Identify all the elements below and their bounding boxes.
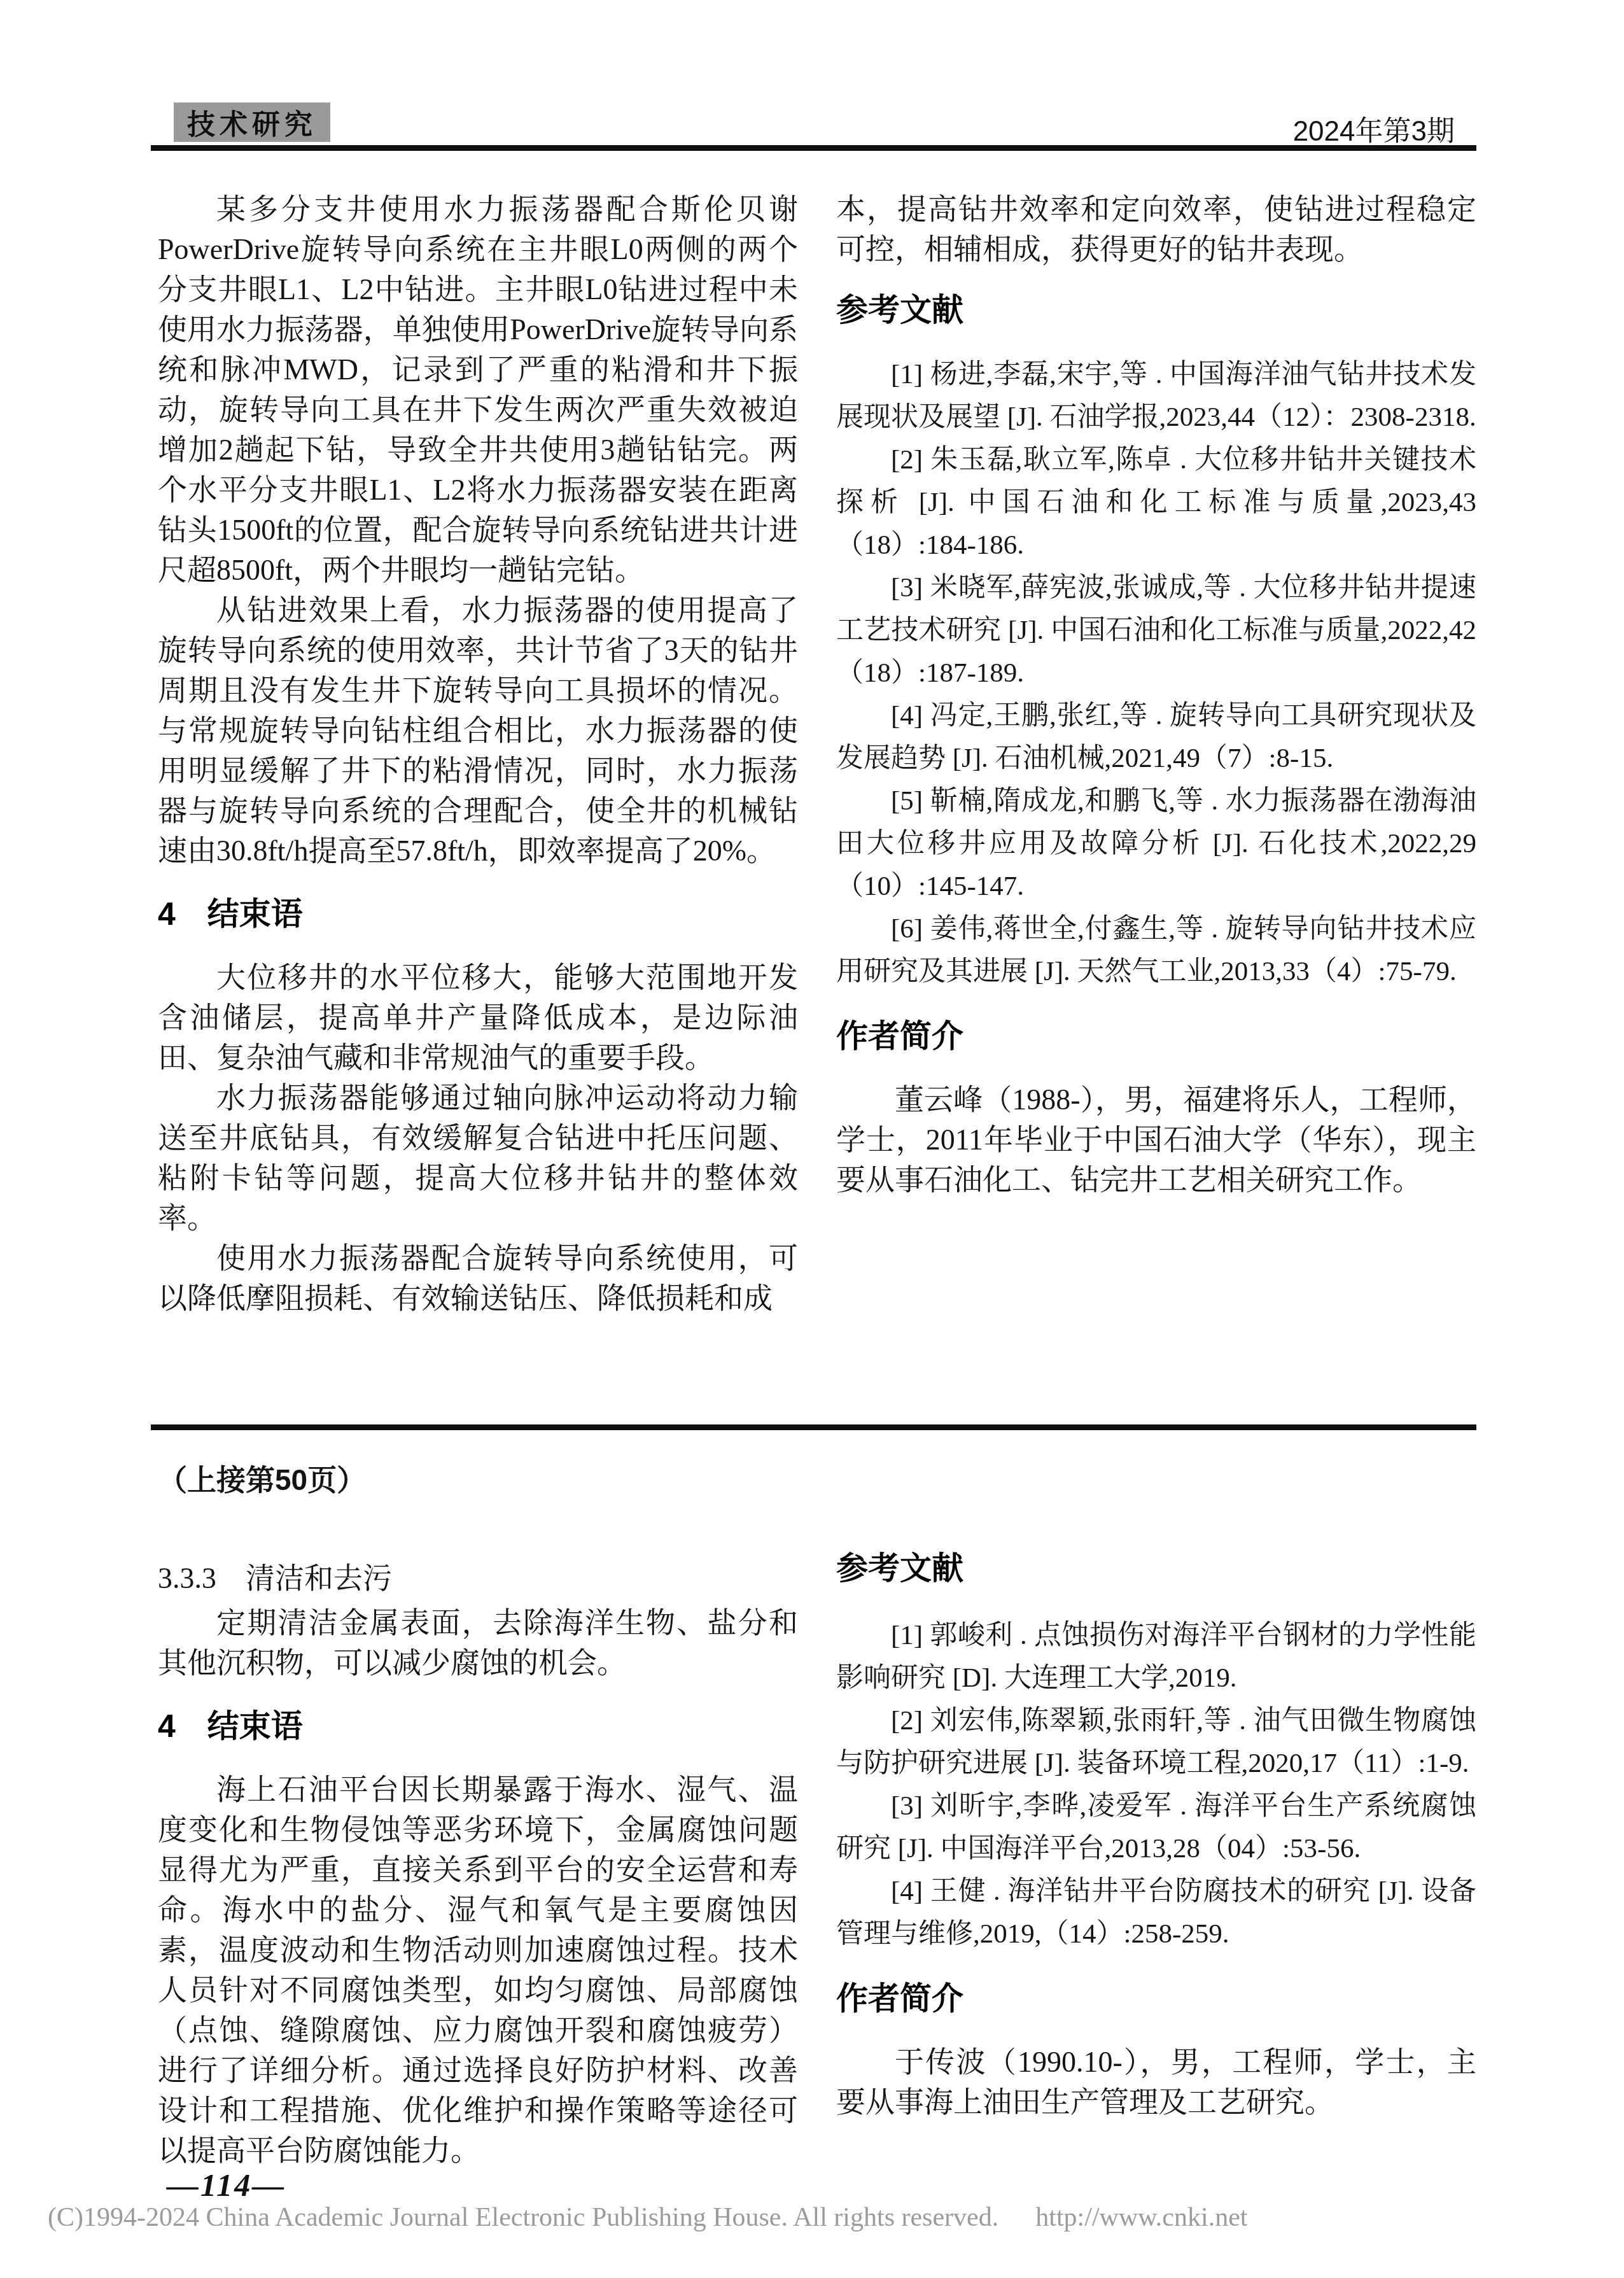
- article-bottom: （上接第50页） 3.3.3 清洁和去污 定期清洁金属表面，去除海洋生物、盐分和…: [158, 1461, 1476, 2170]
- section-heading-author-bio: 作者简介: [836, 1981, 1476, 2016]
- section-tag-label: 技术研究: [187, 102, 317, 143]
- section-heading-conclusion: 4 结束语: [158, 1708, 798, 1744]
- article-bottom-left-column: （上接第50页） 3.3.3 清洁和去污 定期清洁金属表面，去除海洋生物、盐分和…: [158, 1461, 798, 2170]
- reference-item: [2] 朱玉磊,耿立军,陈卓 . 大位移井钻井关键技术探析 [J]. 中国石油和…: [836, 439, 1476, 566]
- article-top-right-column: 本，提高钻井效率和定向效率，使钻进过程稳定可控，相辅相成，获得更好的钻井表现。 …: [836, 189, 1476, 1318]
- reference-item: [4] 冯定,王鹏,张红,等 . 旋转导向工具研究现状及发展趋势 [J]. 石油…: [836, 694, 1476, 780]
- header-rule: [151, 145, 1476, 151]
- subsection-heading: 3.3.3 清洁和去污: [158, 1559, 798, 1598]
- paragraph: 定期清洁金属表面，去除海洋生物、盐分和其他沉积物，可以减少腐蚀的机会。: [158, 1603, 798, 1683]
- article-top: 某多分支井使用水力振荡器配合斯伦贝谢PowerDrive旋转导向系统在主井眼L0…: [158, 189, 1476, 1318]
- continued-from-note: （上接第50页）: [158, 1461, 798, 1498]
- copyright-line: (C)1994-2024 China Academic Journal Elec…: [48, 2202, 1247, 2233]
- section-heading-references: 参考文献: [836, 292, 1476, 328]
- reference-item: [3] 刘昕宇,李晔,凌爱军 . 海洋平台生产系统腐蚀研究 [J]. 中国海洋平…: [836, 1785, 1476, 1870]
- reference-item: [3] 米晓军,薛宪波,张诚成,等 . 大位移井钻井提速工艺技术研究 [J]. …: [836, 566, 1476, 694]
- reference-item: [6] 姜伟,蒋世全,付鑫生,等 . 旋转导向钻井技术应用研究及其进展 [J].…: [836, 908, 1476, 993]
- article-bottom-right-column: 参考文献 [1] 郭峻利 . 点蚀损伤对海洋平台钢材的力学性能影响研究 [D].…: [836, 1461, 1476, 2170]
- copyright-text: (C)1994-2024 China Academic Journal Elec…: [48, 2202, 998, 2233]
- reference-item: [1] 杨进,李磊,宋宇,等 . 中国海洋油气钻井技术发展现状及展望 [J]. …: [836, 353, 1476, 439]
- paragraph: 使用水力振荡器配合旋转导向系统使用，可以降低摩阻损耗、有效输送钻压、降低损耗和成: [158, 1238, 798, 1318]
- article-divider-rule: [151, 1424, 1476, 1430]
- page-number: —114—: [167, 2167, 286, 2204]
- paragraph-continued: 本，提高钻井效率和定向效率，使钻进过程稳定可控，相辅相成，获得更好的钻井表现。: [836, 189, 1476, 269]
- author-bio: 董云峰（1988-），男，福建将乐人，工程师，学士，2011年毕业于中国石油大学…: [836, 1079, 1476, 1200]
- paragraph: 大位移井的水平位移大，能够大范围地开发含油储层，提高单井产量降低成本，是边际油田…: [158, 957, 798, 1078]
- journal-page: 技术研究 2024年第3期 某多分支井使用水力振荡器配合斯伦贝谢PowerDri…: [0, 0, 1624, 2278]
- author-bio: 于传波（1990.10-），男，工程师，学士，主要从事海上油田生产管理及工艺研究…: [836, 2042, 1476, 2122]
- reference-item: [4] 王健 . 海洋钻井平台防腐技术的研究 [J]. 设备管理与维修,2019…: [836, 1870, 1476, 1955]
- section-heading-references: 参考文献: [836, 1550, 1476, 1586]
- article-top-left-column: 某多分支井使用水力振荡器配合斯伦贝谢PowerDrive旋转导向系统在主井眼L0…: [158, 189, 798, 1318]
- reference-item: [1] 郭峻利 . 点蚀损伤对海洋平台钢材的力学性能影响研究 [D]. 大连理工…: [836, 1614, 1476, 1699]
- reference-item: [2] 刘宏伟,陈翠颖,张雨轩,等 . 油气田微生物腐蚀与防护研究进展 [J].…: [836, 1699, 1476, 1785]
- cnki-url: http://www.cnki.net: [1035, 2202, 1247, 2233]
- paragraph: 某多分支井使用水力振荡器配合斯伦贝谢PowerDrive旋转导向系统在主井眼L0…: [158, 189, 798, 590]
- paragraph: 从钻进效果上看，水力振荡器的使用提高了旋转导向系统的使用效率，共计节省了3天的钻…: [158, 590, 798, 871]
- section-tag: 技术研究: [174, 102, 330, 142]
- issue-label: 2024年第3期: [1293, 108, 1455, 149]
- section-heading-conclusion: 4 结束语: [158, 896, 798, 932]
- paragraph: 海上石油平台因长期暴露于海水、湿气、温度变化和生物侵蚀等恶劣环境下，金属腐蚀问题…: [158, 1769, 798, 2170]
- section-heading-author-bio: 作者简介: [836, 1018, 1476, 1054]
- paragraph: 水力振荡器能够通过轴向脉冲运动将动力输送至井底钻具，有效缓解复合钻进中托压问题、…: [158, 1078, 798, 1238]
- reference-item: [5] 靳楠,隋成龙,和鹏飞,等 . 水力振荡器在渤海油田大位移井应用及故障分析…: [836, 780, 1476, 908]
